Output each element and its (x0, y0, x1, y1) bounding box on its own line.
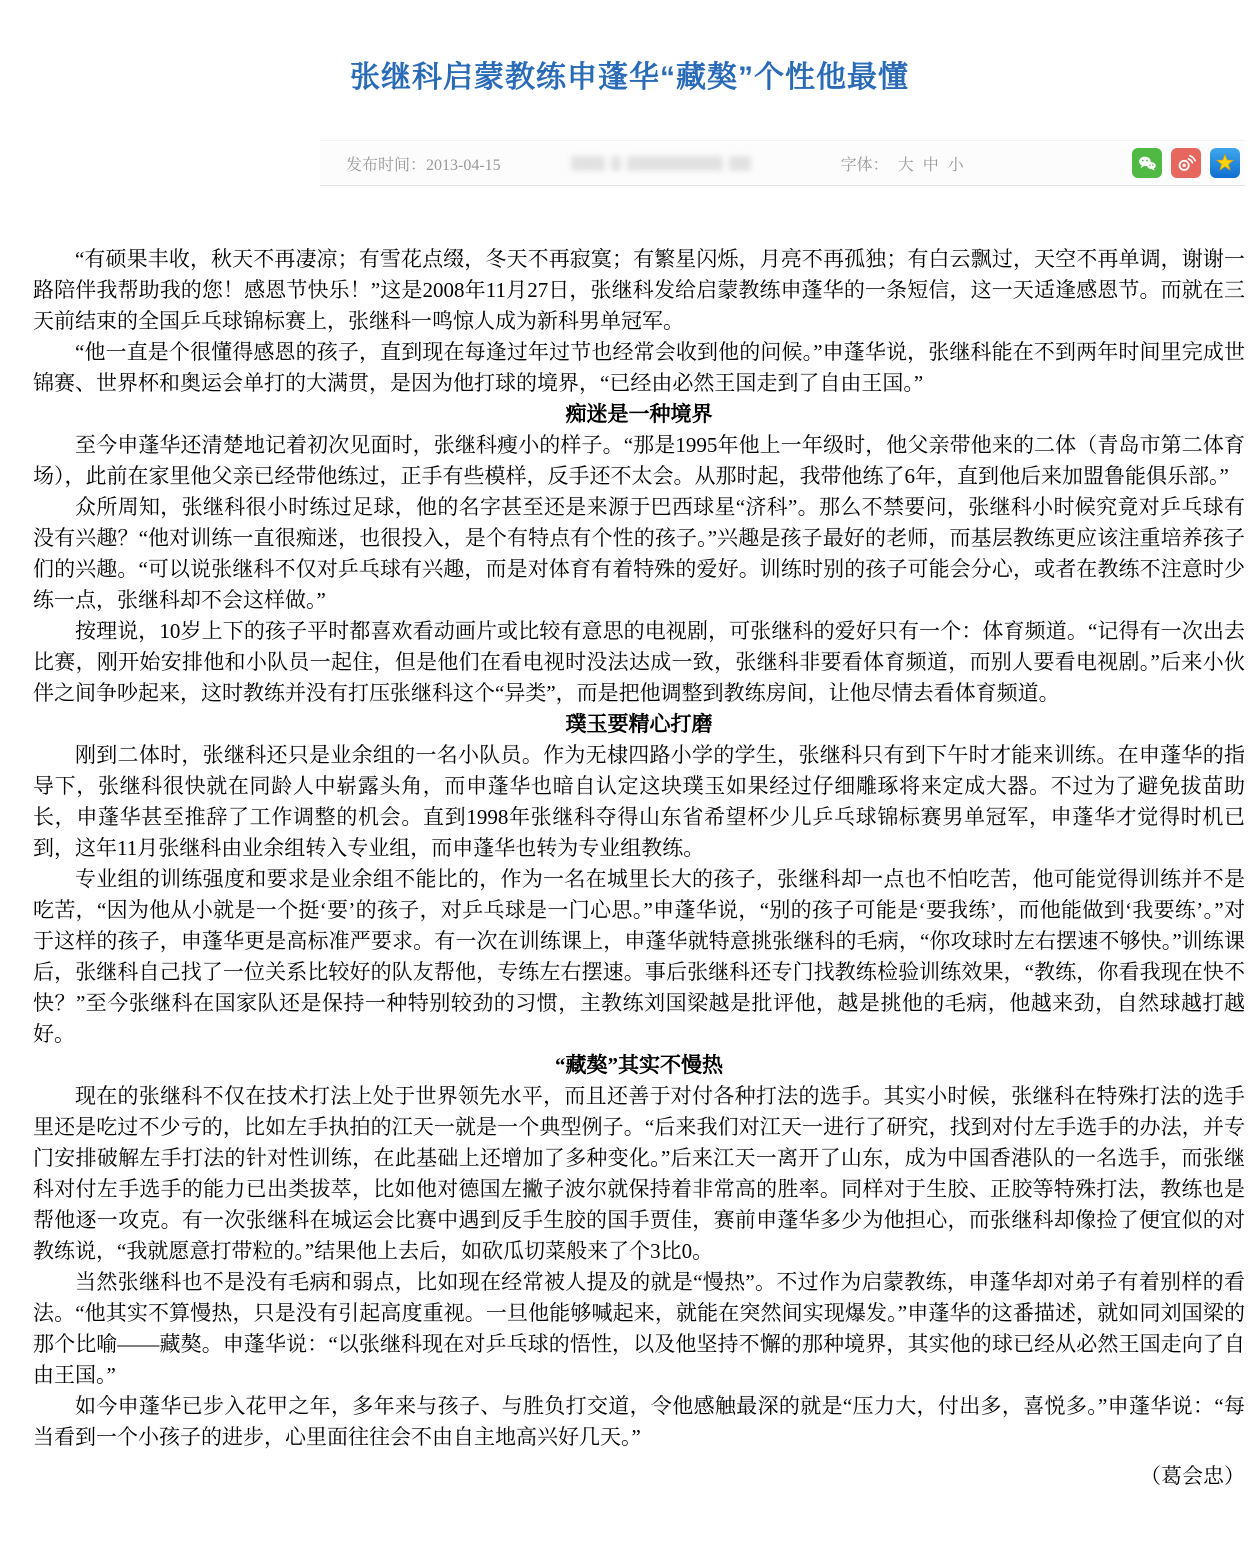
redacted-text-block (571, 156, 605, 171)
font-size-control: 字体：大中小 (841, 152, 964, 175)
article-paragraph: “有硕果丰收，秋天不再凄凉；有雪花点缀，冬天不再寂寞；有繁星闪烁，月亮不再孤独；… (33, 244, 1245, 337)
page-title: 张继科启蒙教练申蓬华“藏獒”个性他最懂 (20, 52, 1239, 96)
redacted-text-block (611, 156, 621, 171)
article-paragraph: 众所周知，张继科很小时练过足球，他的名字甚至还是来源于巴西球星“济科”。那么不禁… (33, 492, 1245, 616)
article-paragraph: 当然张继科也不是没有毛病和弱点，比如现在经常被人提及的就是“慢热”。不过作为启蒙… (33, 1267, 1245, 1391)
redacted-text-block (729, 156, 751, 171)
meta-bar: 发布时间：2013-04-15 字体：大中小 (320, 140, 1245, 186)
article-paragraph: 刚到二体时，张继科还只是业余组的一名小队员。作为无棣四路小学的学生，张继科只有到… (33, 740, 1245, 864)
article-page: 张继科启蒙教练申蓬华“藏獒”个性他最懂 发布时间：2013-04-15 字体：大… (0, 52, 1259, 1562)
font-size-label: 字体： (841, 157, 889, 174)
byline: （葛会忠） (33, 1461, 1245, 1492)
section-heading-1: 痴迷是一种境界 (33, 399, 1245, 430)
weibo-share-icon[interactable] (1171, 148, 1201, 178)
article-body: “有硕果丰收，秋天不再凄凉；有雪花点缀，冬天不再寂寞；有繁星闪烁，月亮不再孤独；… (33, 244, 1245, 1562)
qzone-share-icon[interactable] (1210, 148, 1240, 178)
publish-time-value: 2013-04-15 (426, 157, 501, 174)
article-paragraph: 现在的张继科不仅在技术打法上处于世界领先水平，而且还善于对付各种打法的选手。其实… (33, 1081, 1245, 1267)
section-heading-3: “藏獒”其实不慢热 (33, 1050, 1245, 1081)
article-paragraph: 专业组的训练强度和要求是业余组不能比的，作为一名在城里长大的孩子，张继科却一点也… (33, 864, 1245, 1050)
publish-time-label: 发布时间： (346, 157, 426, 174)
font-size-large[interactable]: 大 (898, 157, 914, 174)
article-paragraph: 至今申蓬华还清楚地记着初次见面时，张继科瘦小的样子。“那是1995年他上一年级时… (33, 430, 1245, 492)
source-redacted-blur (571, 156, 751, 171)
wechat-share-icon[interactable] (1132, 148, 1162, 178)
section-heading-2: 璞玉要精心打磨 (33, 709, 1245, 740)
font-size-medium[interactable]: 中 (923, 157, 939, 174)
article-paragraph: 按理说，10岁上下的孩子平时都喜欢看动画片或比较有意思的电视剧，可张继科的爱好只… (33, 616, 1245, 709)
redacted-text-block (627, 156, 723, 171)
font-size-small[interactable]: 小 (948, 157, 964, 174)
publish-time: 发布时间：2013-04-15 (346, 152, 501, 175)
article-paragraph: 如今申蓬华已步入花甲之年，多年来与孩子、与胜负打交道，令他感触最深的就是“压力大… (33, 1391, 1245, 1453)
share-icon-group (1132, 148, 1240, 178)
article-paragraph: “他一直是个很懂得感恩的孩子，直到现在每逢过年过节也经常会收到他的问候。”申蓬华… (33, 337, 1245, 399)
